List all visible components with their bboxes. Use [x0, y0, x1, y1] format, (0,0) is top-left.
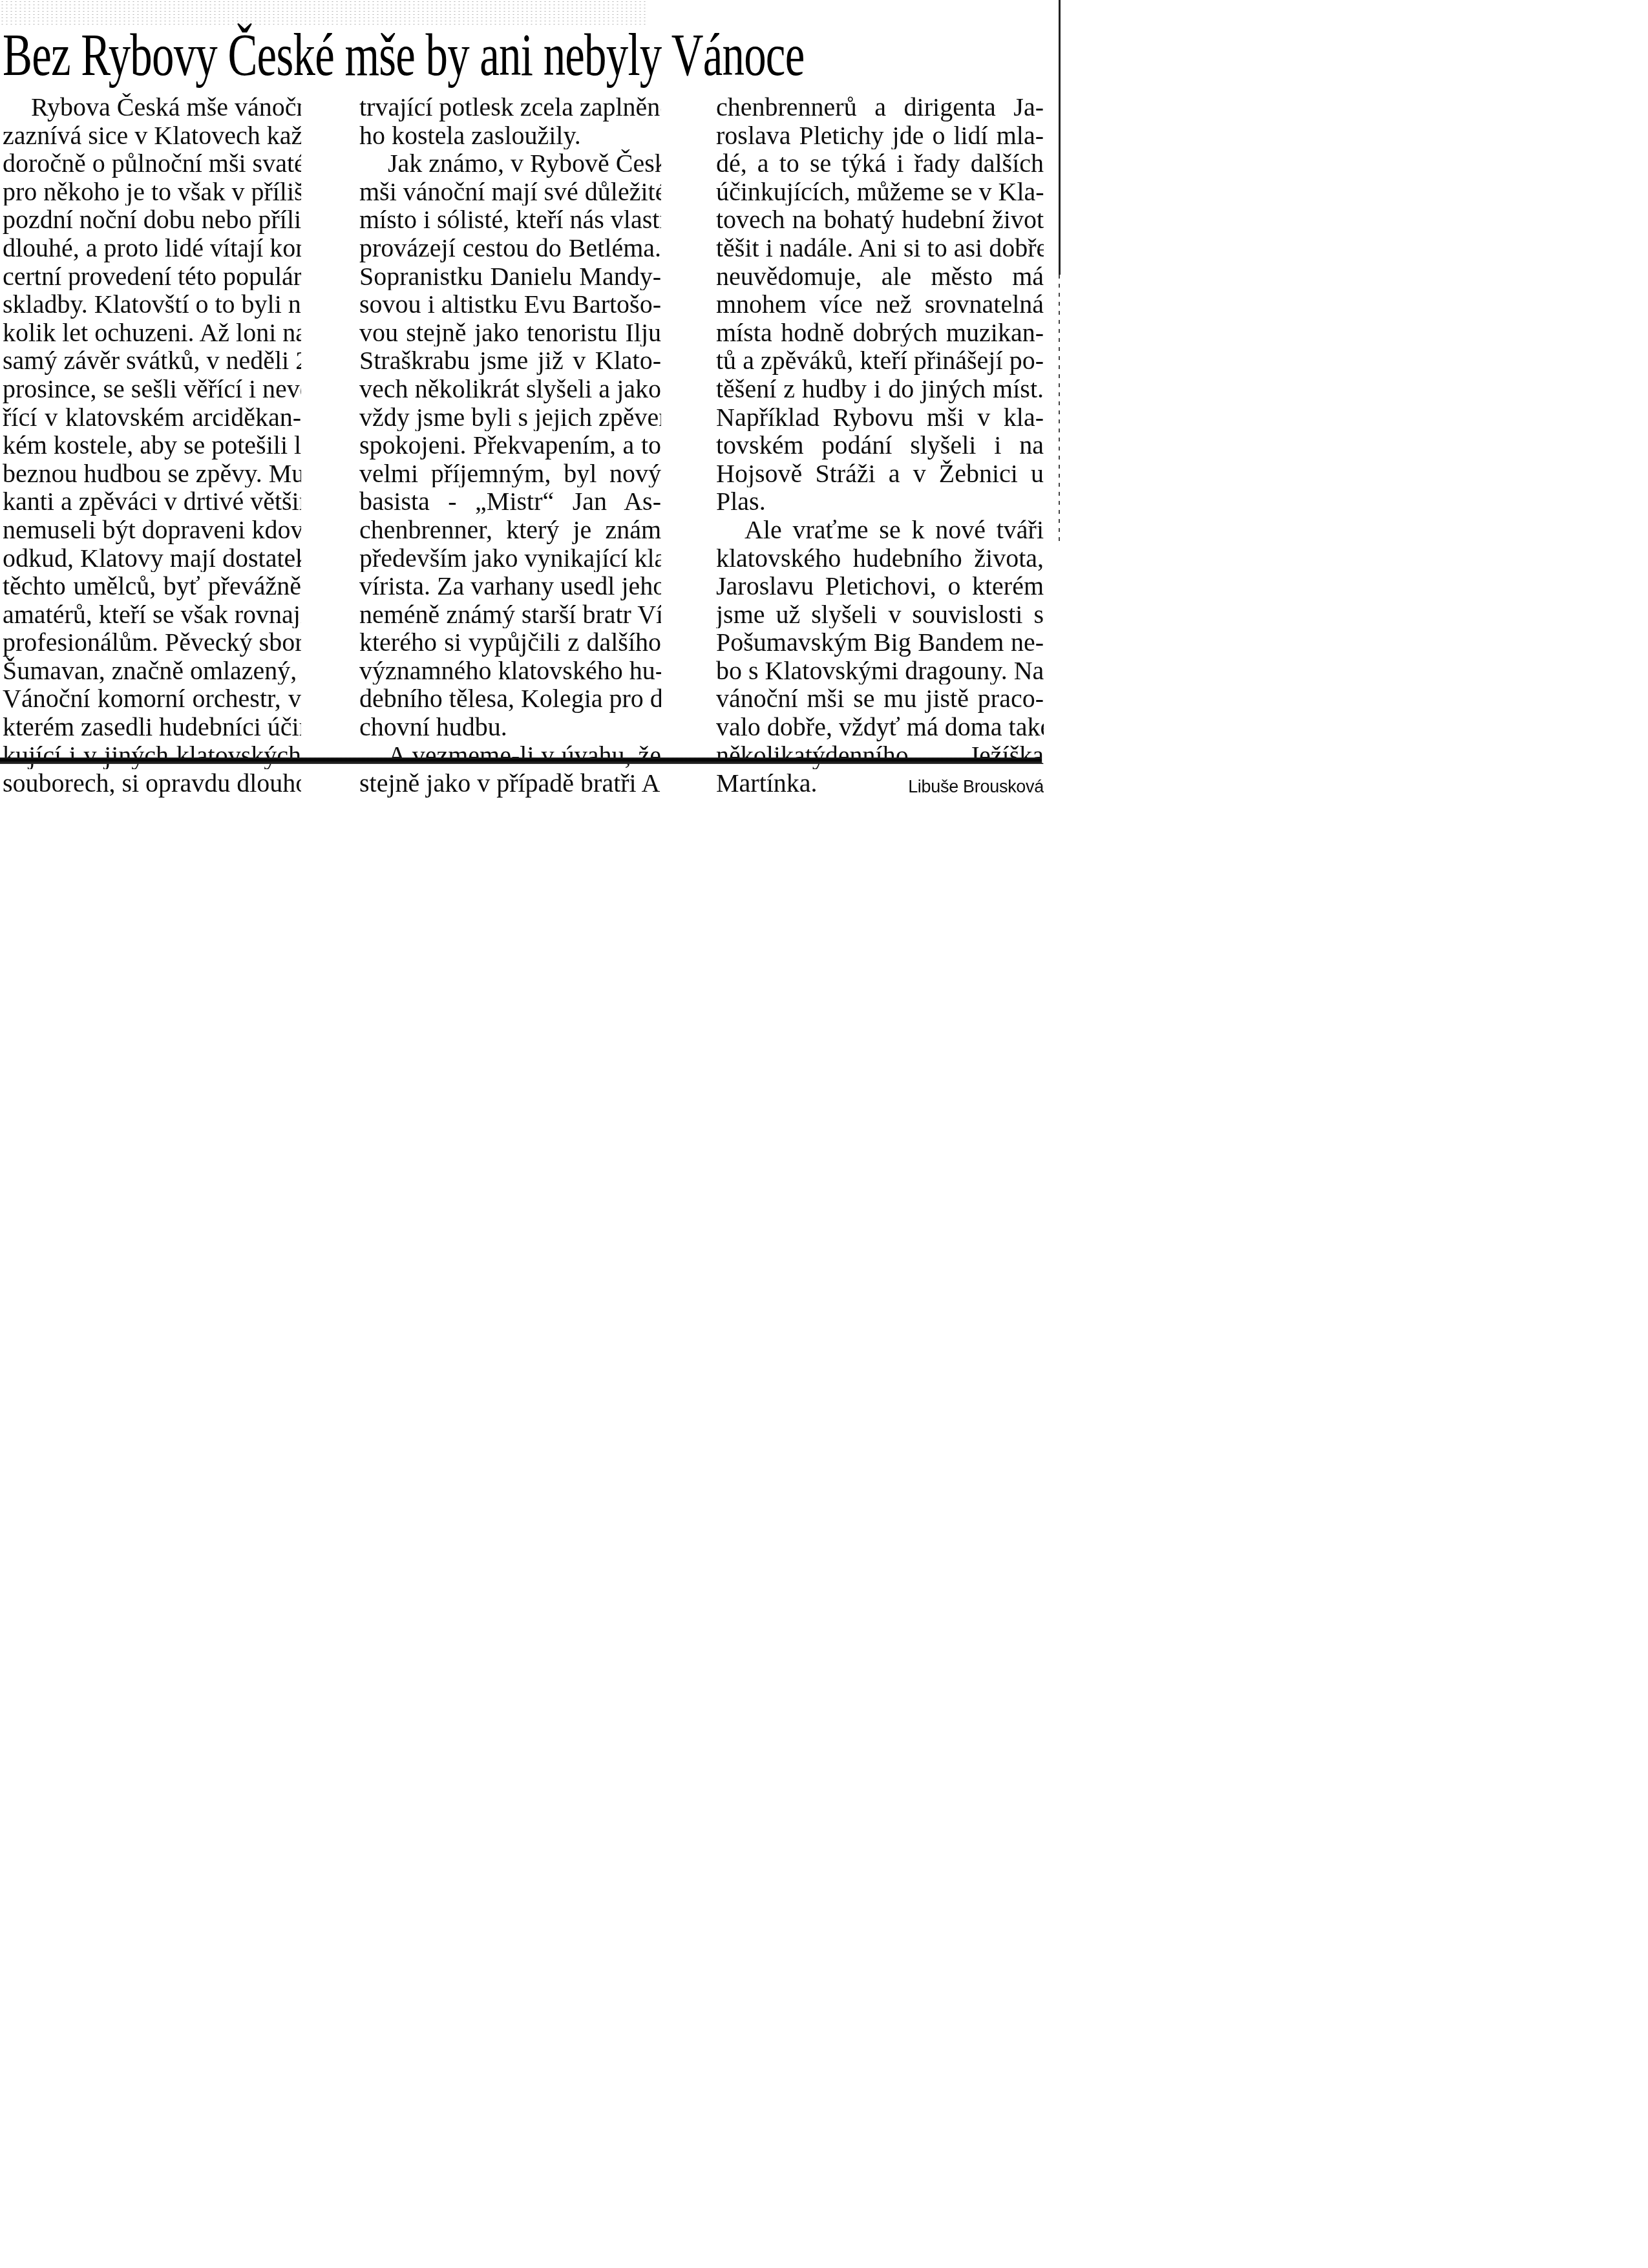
- text-line: chovní hudbu.: [359, 713, 661, 741]
- text-line: těšit i nadále. Ani si to asi dobře: [716, 234, 1044, 262]
- text-line: především jako vynikající kla-: [359, 544, 661, 573]
- text-line: vou stejně jako tenoristu Ilju: [359, 319, 661, 347]
- text-line: těchto umělců, byť převážně: [3, 572, 301, 600]
- text-line: pozdní noční dobu nebo příliš: [3, 206, 301, 234]
- text-line: účinkujících, můžeme se v Kla-: [716, 178, 1044, 206]
- text-line: místa hodně dobrých muzikan-: [716, 319, 1044, 347]
- text-line: profesionálům. Pěvecký sbor: [3, 628, 301, 657]
- text-line: spokojeni. Překvapením, a to: [359, 431, 661, 460]
- text-line: Martínka.Libuše Brousková: [716, 769, 1044, 801]
- text-line: doročně o půlnoční mši svaté,: [3, 149, 301, 178]
- text-line: kterého si vypůjčili z dalšího: [359, 628, 661, 657]
- text-line: velmi příjemným, byl nový: [359, 460, 661, 488]
- text-line: valo dobře, vždyť má doma také: [716, 713, 1044, 741]
- text-line: nemuseli být dopraveni kdoví: [3, 516, 301, 544]
- text-line: vech několikrát slyšeli a jako: [359, 375, 661, 403]
- text-line: samý závěr svátků, v neděli 27.: [3, 346, 301, 375]
- article-headline: Bez Rybovy České mše by ani nebyly Vánoc…: [3, 23, 804, 88]
- text-line: kující i v jiných klatovských: [3, 741, 301, 770]
- text-line: Straškrabu jsme již v Klato-: [359, 346, 661, 375]
- text-line: tovském podání slyšeli i na: [716, 431, 1044, 460]
- final-line-text: Martínka.: [716, 769, 818, 798]
- text-line: roslava Pletichy jde o lidí mla-: [716, 122, 1044, 150]
- text-line: kterém zasedli hudebníci účin-: [3, 713, 301, 741]
- text-line: chenbrenner, který je znám: [359, 516, 661, 544]
- text-line: prosince, se sešli věřící i nevě-: [3, 375, 301, 403]
- text-line: skladby. Klatovští o to byli ně-: [3, 290, 301, 319]
- author-byline: Libuše Brousková: [908, 773, 1044, 801]
- text-line: kém kostele, aby se potešili lí-: [3, 431, 301, 460]
- text-line: klatovského hudebního života,: [716, 544, 1044, 573]
- text-line: Například Rybovu mši v kla-: [716, 403, 1044, 432]
- text-line: tovech na bohatý hudební život: [716, 206, 1044, 234]
- text-line: basista - „Mistr“ Jan As-: [359, 487, 661, 516]
- text-line: kanti a zpěváci v drtivé většině: [3, 487, 301, 516]
- text-line: dé, a to se týká i řady dalších: [716, 149, 1044, 178]
- text-line: několikatýdenního Ježíška: [716, 741, 1044, 770]
- text-line: významného klatovského hu-: [359, 657, 661, 685]
- text-line: místo i sólisté, kteří nás vlastně: [359, 206, 661, 234]
- paragraph-start-line: Ale vraťme se k nové tváři: [716, 516, 1044, 544]
- newspaper-clipping: Bez Rybovy České mše by ani nebyly Vánoc…: [0, 0, 1063, 776]
- text-line: těšení z hudby i do jiných míst.: [716, 375, 1044, 403]
- column-divider-dashed: [1059, 275, 1060, 546]
- column-divider-line: [1059, 0, 1061, 275]
- text-line: amatérů, kteří se však rovnají: [3, 600, 301, 629]
- text-line: kolik let ochuzeni. Až loni na: [3, 319, 301, 347]
- text-line: certní provedení této populární: [3, 262, 301, 291]
- text-line: Pošumavským Big Bandem ne-: [716, 628, 1044, 657]
- text-line: odkud, Klatovy mají dostatek: [3, 544, 301, 573]
- text-line: stejně jako v případě bratři As-: [359, 769, 661, 798]
- article-column-1: Rybova Česká mše vánočnízaznívá sice v K…: [3, 93, 301, 798]
- article-column-2: trvající potlesk zcela zaplněné-ho koste…: [359, 93, 661, 798]
- text-line: jsme už slyšeli v souvislosti s: [716, 600, 1044, 629]
- text-line: tů a zpěváků, kteří přinášejí po-: [716, 346, 1044, 375]
- text-line: Jaroslavu Pletichovi, o kterém: [716, 572, 1044, 600]
- text-line: trvající potlesk zcela zaplněné-: [359, 93, 661, 122]
- text-line: řící v klatovském arciděkan-: [3, 403, 301, 432]
- text-line: sovou i altistku Evu Bartošo-: [359, 290, 661, 319]
- text-line: vírista. Za varhany usedl jeho: [359, 572, 661, 600]
- text-line: Hojsově Stráži a v Žebnici u: [716, 460, 1044, 488]
- text-line: debního tělesa, Kolegia pro du-: [359, 684, 661, 713]
- text-line: beznou hudbou se zpěvy. Muzi-: [3, 460, 301, 488]
- paragraph-start-line: Rybova Česká mše vánoční: [3, 93, 301, 122]
- text-line: ho kostela zasloužily.: [359, 122, 661, 150]
- text-line: Vánoční komorní orchestr, v: [3, 684, 301, 713]
- text-line: Šumavan, značně omlazený, i: [3, 657, 301, 685]
- text-line: neméně známý starší bratr Vít,: [359, 600, 661, 629]
- paragraph-start-line: Jak známo, v Rybově České: [359, 149, 661, 178]
- text-line: souborech, si opravdu dlouho-: [3, 769, 301, 798]
- text-line: pro někoho je to však v příliš: [3, 178, 301, 206]
- text-line: vždy jsme byli s jejich zpěvem: [359, 403, 661, 432]
- article-column-3: chenbrennerů a dirigenta Ja-roslava Plet…: [716, 93, 1044, 801]
- text-line: zaznívá sice v Klatovech kaž-: [3, 122, 301, 150]
- text-line: provázejí cestou do Betléma.: [359, 234, 661, 262]
- text-line: Plas.: [716, 487, 1044, 516]
- text-line: mnohem více než srovnatelná: [716, 290, 1044, 319]
- text-line: vánoční mši se mu jistě praco-: [716, 684, 1044, 713]
- paragraph-start-line: A vezmeme-li v úvahu, že: [359, 741, 661, 770]
- text-line: chenbrennerů a dirigenta Ja-: [716, 93, 1044, 122]
- text-line: dlouhé, a proto lidé vítají kon-: [3, 234, 301, 262]
- text-line: mši vánoční mají své důležité: [359, 178, 661, 206]
- text-line: Sopranistku Danielu Mandy-: [359, 262, 661, 291]
- text-line: neuvědomuje, ale město má: [716, 262, 1044, 291]
- text-line: bo s Klatovskými dragouny. Na: [716, 657, 1044, 685]
- bottom-rule: [0, 758, 1042, 764]
